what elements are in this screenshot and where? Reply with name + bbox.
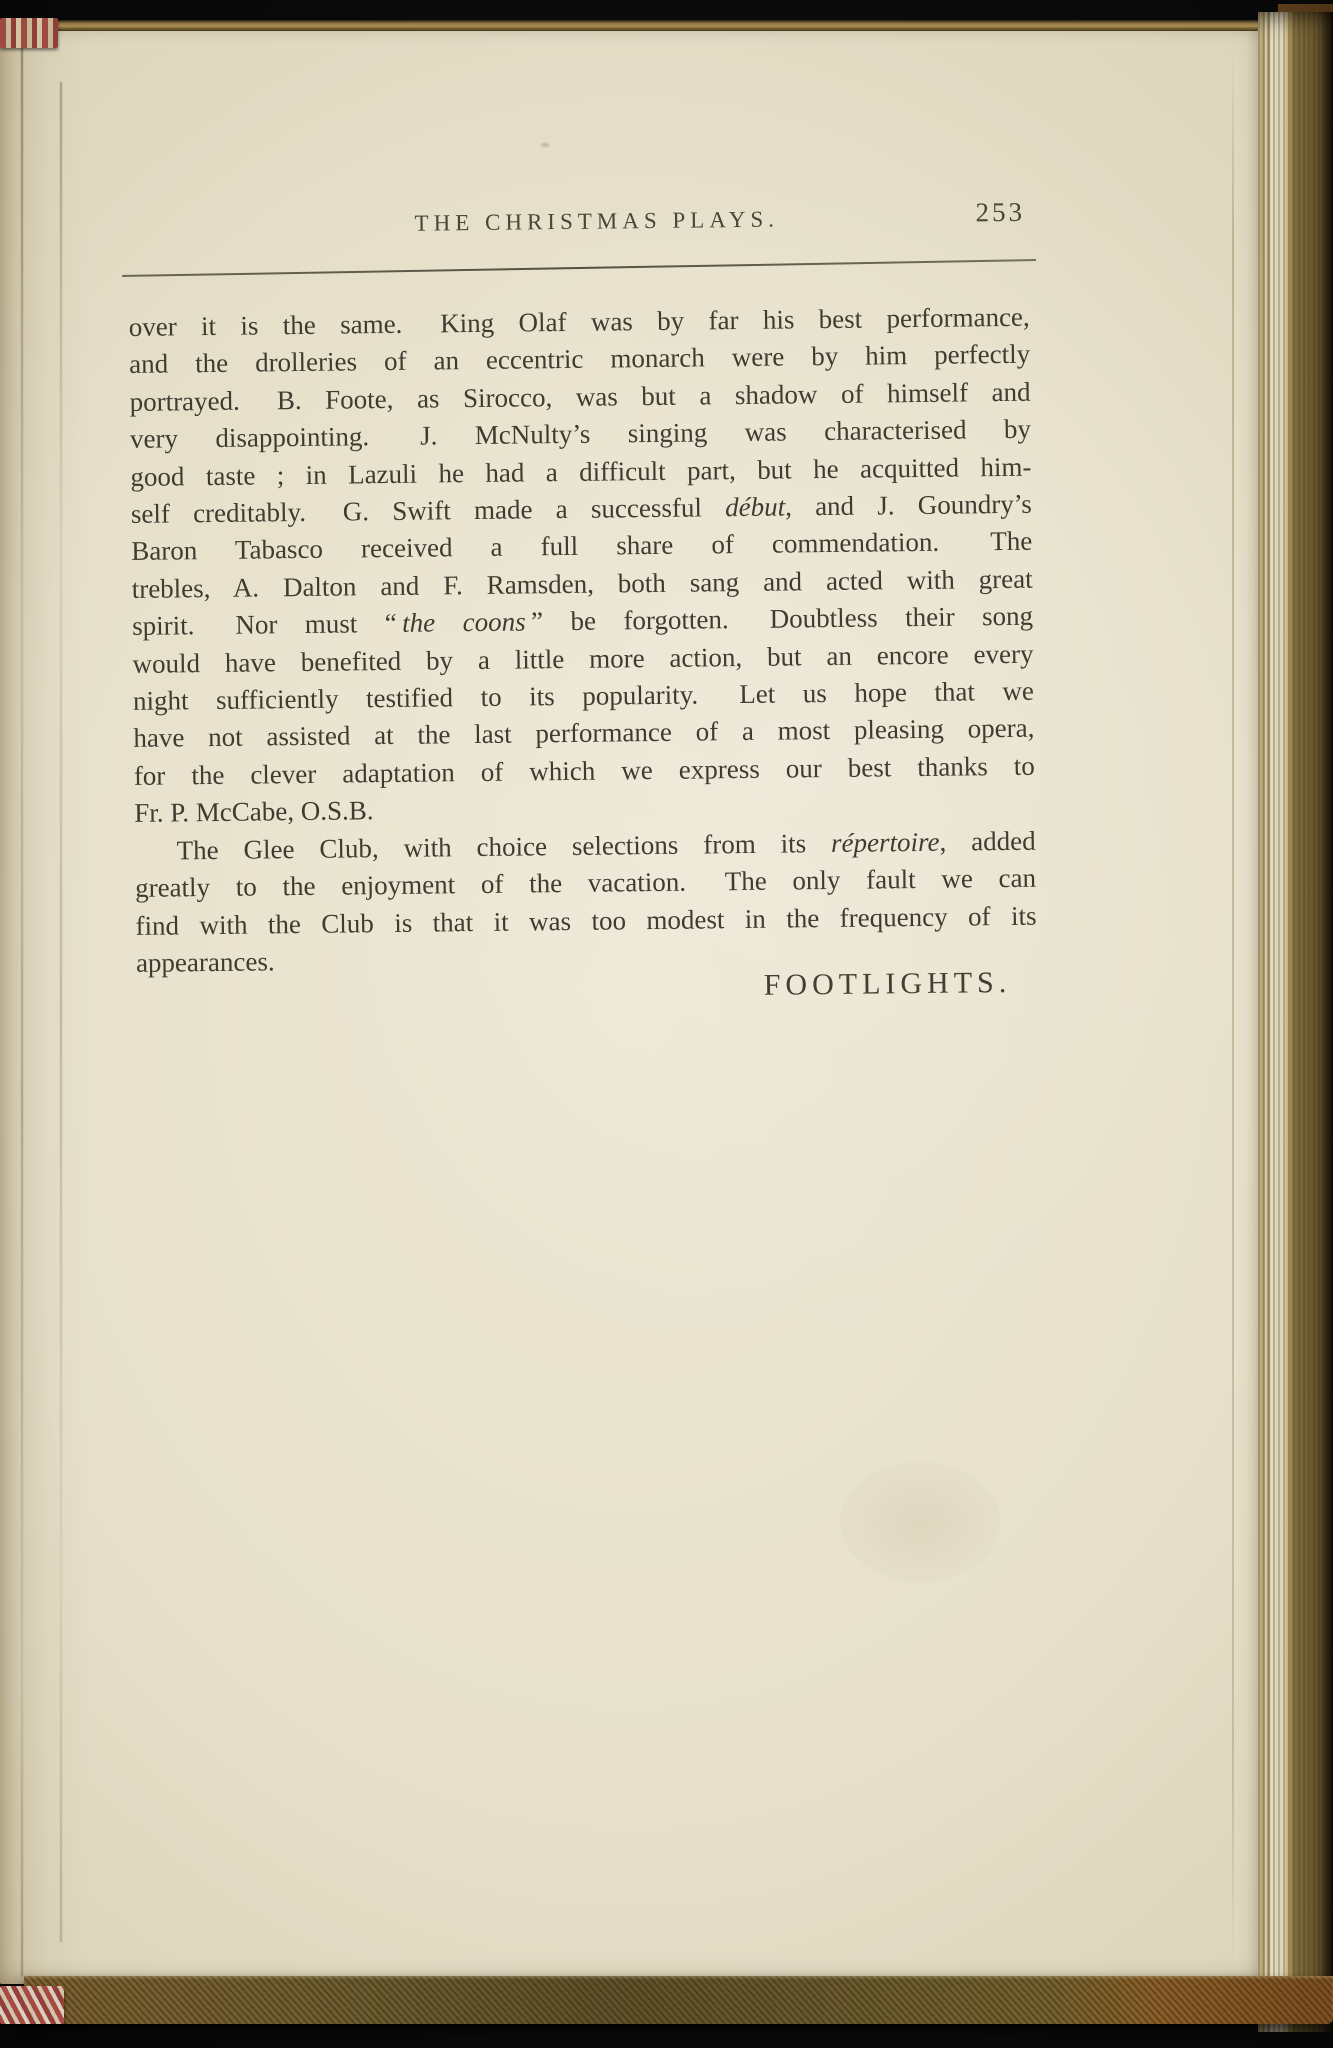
bottom-edge-band [24, 1976, 1333, 2024]
top-edge-gilt [38, 20, 1262, 31]
page-number: 253 [975, 197, 1025, 229]
header-rule [122, 259, 1036, 277]
body-text: over it is the same. King Olaf was by fa… [129, 299, 1038, 982]
fore-edge-page-stack [1258, 12, 1333, 2032]
spine-headband-bottom [0, 1986, 64, 2024]
book-page: THE CHRISTMAS PLAYS. 253 over it is the … [0, 22, 1258, 1984]
spine-headband-top [0, 18, 58, 48]
printed-content: THE CHRISTMAS PLAYS. 253 over it is the … [0, 15, 1274, 1991]
photograph-backdrop: THE CHRISTMAS PLAYS. 253 over it is the … [0, 0, 1333, 2048]
running-title: THE CHRISTMAS PLAYS. [414, 207, 779, 237]
